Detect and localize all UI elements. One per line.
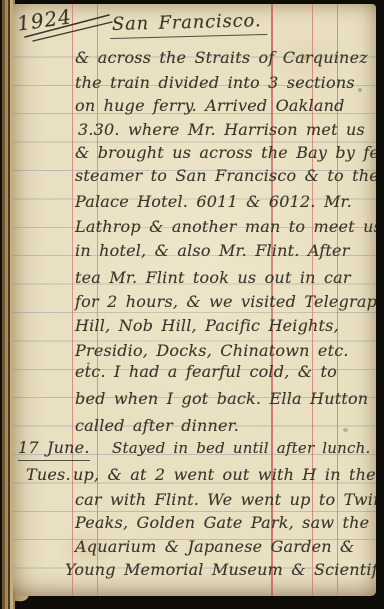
margin-rule-left-1	[72, 4, 73, 596]
photo-backdrop: { "diary": { "year": "1924", "page_title…	[0, 0, 384, 609]
diary-line: car with Flint. We went up to Twin	[75, 488, 376, 512]
diary-line: Hill, Nob Hill, Pacific Heights,	[75, 314, 339, 338]
diary-line: Young Memorial Museum & Scientific	[65, 558, 376, 582]
paper-stain	[343, 428, 348, 432]
diary-line: Aquarium & Japanese Garden &	[75, 535, 354, 559]
diary-line: Peaks, Golden Gate Park, saw the	[75, 511, 369, 535]
diary-line: Stayed in bed until after lunch. Then	[112, 436, 376, 460]
diary-line: tea Mr. Flint took us out in car	[75, 266, 351, 290]
diary-line: & brought us across the Bay by ferry	[75, 141, 376, 165]
notebook-page: 1924 San Francisco. & across the Straits…	[13, 4, 376, 596]
diary-line: up, & at 2 went out with H in the	[73, 463, 376, 487]
diary-line: Palace Hotel. 6011 & 6012. Mr.	[75, 190, 352, 214]
diary-line: on huge ferry. Arrived Oakland	[75, 94, 345, 118]
page-title: San Francisco.	[110, 9, 268, 39]
year-text: 1924	[16, 4, 74, 35]
diary-line: the train divided into 3 sections	[75, 71, 355, 95]
entry-date: 17 June.	[18, 436, 90, 461]
diary-line: called after dinner.	[75, 414, 239, 438]
diary-line: steamer to San Francisco & to the	[75, 164, 376, 188]
diary-line: for 2 hours, & we visited Telegraph	[75, 290, 376, 314]
diary-line: 3.30. where Mr. Harrison met us	[78, 118, 365, 142]
diary-line: Lathrop & another man to meet us	[75, 215, 376, 239]
paper-stain	[358, 88, 362, 92]
diary-line: in hotel, & also Mr. Flint. After	[75, 239, 350, 263]
entry-day: Tues.	[26, 463, 71, 487]
diary-line: etc. I had a fearful cold, & to	[75, 360, 337, 384]
diary-line: bed when I got back. Ella Hutton	[75, 387, 368, 411]
diary-line: & across the Straits of Carquinez	[75, 46, 368, 70]
